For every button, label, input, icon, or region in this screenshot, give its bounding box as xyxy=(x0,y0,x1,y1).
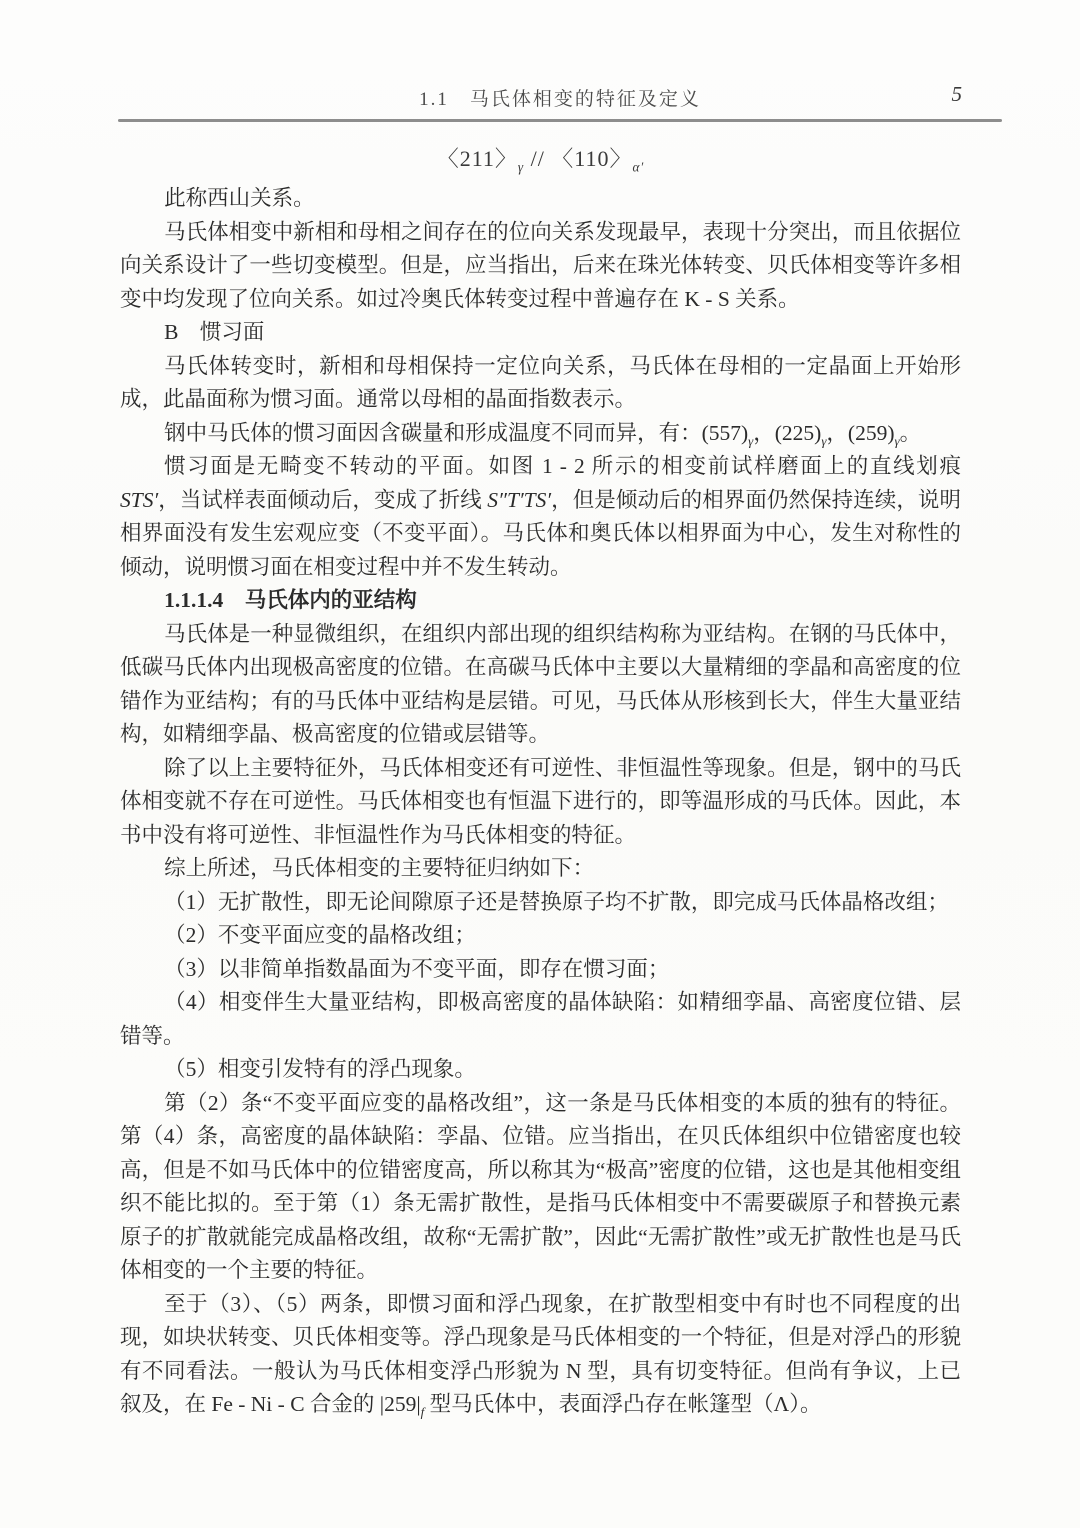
paragraph: 第（2）条“不变平面应变的晶格改组”，这一条是马氏体相变的本质的独有的特征。第（… xyxy=(120,1087,961,1288)
paragraph: （2）不变平面应变的晶格改组； xyxy=(120,919,961,953)
paragraph: （1）无扩散性，即无论间隙原子还是替换原子均不扩散，即完成马氏体晶格改组； xyxy=(120,886,961,920)
subsection-heading: B 惯习面 xyxy=(120,316,961,350)
page-number: 5 xyxy=(952,82,963,107)
running-header: 1.1 马氏体相变的特征及定义 5 xyxy=(118,84,1002,110)
paragraph: 综上所述，马氏体相变的主要特征归纳如下： xyxy=(120,852,961,886)
paragraph: 此称西山关系。 xyxy=(120,182,961,216)
paragraph: 马氏体相变中新相和母相之间存在的位向关系发现最早，表现十分突出，而且依据位向关系… xyxy=(120,216,961,317)
page-body: 〈211〉γ // 〈110〉α′此称西山关系。马氏体相变中新相和母相之间存在的… xyxy=(120,136,961,1422)
header-rule xyxy=(118,119,1002,122)
section-heading: 1.1.1.4 马氏体内的亚结构 xyxy=(120,584,961,618)
paragraph: 钢中马氏体的惯习面因含碳量和形成温度不同而异，有：(557)γ，(225)γ，(… xyxy=(120,417,961,451)
paragraph: （3）以非简单指数晶面为不变平面，即存在惯习面； xyxy=(120,953,961,987)
paragraph: 至于（3）、（5）两条，即惯习面和浮凸现象，在扩散型相变中有时也不同程度的出现，… xyxy=(120,1288,961,1422)
paragraph: 马氏体转变时，新相和母相保持一定位向关系，马氏体在母相的一定晶面上开始形成，此晶… xyxy=(120,350,961,417)
section-title: 1.1 马氏体相变的特征及定义 xyxy=(118,84,1002,111)
orientation-formula: 〈211〉γ // 〈110〉α′ xyxy=(120,136,961,182)
paragraph: （5）相变引发特有的浮凸现象。 xyxy=(120,1053,961,1087)
paragraph: （4）相变伴生大量亚结构，即极高密度的晶体缺陷：如精细孪晶、高密度位错、层错等。 xyxy=(120,986,961,1053)
scanned-book-page: 1.1 马氏体相变的特征及定义 5 〈211〉γ // 〈110〉α′此称西山关… xyxy=(0,0,1080,1528)
paragraph: 惯习面是无畸变不转动的平面。如图 1 - 2 所示的相变前试样磨面上的直线划痕 … xyxy=(120,450,961,584)
paragraph: 除了以上主要特征外，马氏体相变还有可逆性、非恒温性等现象。但是，钢中的马氏体相变… xyxy=(120,752,961,853)
paragraph: 马氏体是一种显微组织，在组织内部出现的组织结构称为亚结构。在钢的马氏体中，低碳马… xyxy=(120,618,961,752)
